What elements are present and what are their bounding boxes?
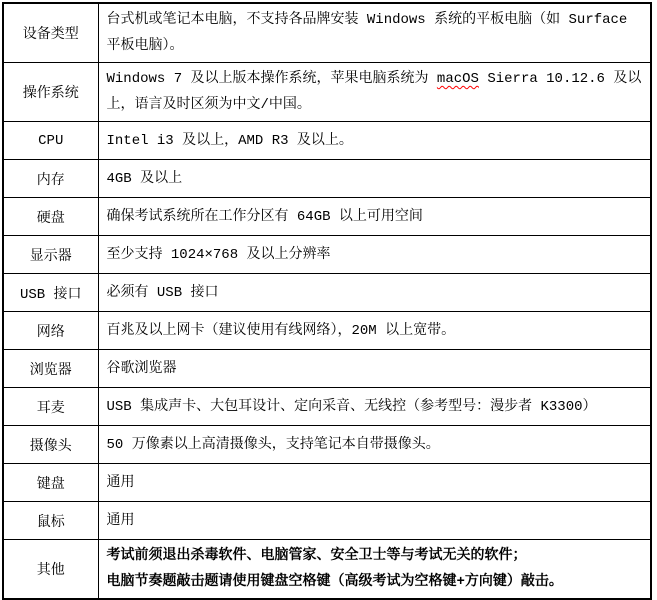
row-keyboard: 键盘 通用: [3, 464, 651, 502]
row-usb-port: USB 接口 必须有 USB 接口: [3, 274, 651, 312]
os-text-before: Windows 7 及以上版本操作系统，苹果电脑系统为: [107, 71, 437, 87]
row-label-browser: 浏览器: [3, 350, 98, 388]
row-camera: 摄像头 50 万像素以上高清摄像头，支持笔记本自带摄像头。: [3, 426, 651, 464]
row-content-headset: USB 集成声卡、大包耳设计、定向采音、无线控（参考型号：漫步者 K3300）: [98, 388, 651, 426]
requirements-table: 设备类型 台式机或笔记本电脑，不支持各品牌安装 Windows 系统的平板电脑（…: [2, 2, 652, 600]
row-device-type: 设备类型 台式机或笔记本电脑，不支持各品牌安装 Windows 系统的平板电脑（…: [3, 3, 651, 63]
row-label-os: 操作系统: [3, 63, 98, 122]
row-label-display: 显示器: [3, 236, 98, 274]
row-network: 网络 百兆及以上网卡（建议使用有线网络），20M 以上宽带。: [3, 312, 651, 350]
row-browser: 浏览器 谷歌浏览器: [3, 350, 651, 388]
row-content-mouse: 通用: [98, 502, 651, 540]
row-content-browser: 谷歌浏览器: [98, 350, 651, 388]
row-label-mouse: 鼠标: [3, 502, 98, 540]
other-line-1: 考试前须退出杀毒软件、电脑管家、安全卫士等与考试无关的软件；: [107, 543, 643, 569]
row-mouse: 鼠标 通用: [3, 502, 651, 540]
row-hard-disk: 硬盘 确保考试系统所在工作分区有 64GB 以上可用空间: [3, 198, 651, 236]
row-cpu: CPU Intel i3 及以上，AMD R3 及以上。: [3, 122, 651, 160]
row-label-hard-disk: 硬盘: [3, 198, 98, 236]
row-content-cpu: Intel i3 及以上，AMD R3 及以上。: [98, 122, 651, 160]
row-display: 显示器 至少支持 1024×768 及以上分辨率: [3, 236, 651, 274]
row-content-usb-port: 必须有 USB 接口: [98, 274, 651, 312]
row-label-camera: 摄像头: [3, 426, 98, 464]
row-other: 其他 考试前须退出杀毒软件、电脑管家、安全卫士等与考试无关的软件； 电脑节奏题敲…: [3, 540, 651, 600]
row-content-display: 至少支持 1024×768 及以上分辨率: [98, 236, 651, 274]
os-text-macos-spellcheck: macOS: [437, 71, 479, 87]
row-content-memory: 4GB 及以上: [98, 160, 651, 198]
row-label-device-type: 设备类型: [3, 3, 98, 63]
row-headset: 耳麦 USB 集成声卡、大包耳设计、定向采音、无线控（参考型号：漫步者 K330…: [3, 388, 651, 426]
row-content-other: 考试前须退出杀毒软件、电脑管家、安全卫士等与考试无关的软件； 电脑节奏题敲击题请…: [98, 540, 651, 600]
row-content-os: Windows 7 及以上版本操作系统，苹果电脑系统为 macOS Sierra…: [98, 63, 651, 122]
row-label-network: 网络: [3, 312, 98, 350]
row-label-keyboard: 键盘: [3, 464, 98, 502]
row-os: 操作系统 Windows 7 及以上版本操作系统，苹果电脑系统为 macOS S…: [3, 63, 651, 122]
row-label-memory: 内存: [3, 160, 98, 198]
row-label-usb-port: USB 接口: [3, 274, 98, 312]
row-content-keyboard: 通用: [98, 464, 651, 502]
row-label-other: 其他: [3, 540, 98, 600]
document-page: 设备类型 台式机或笔记本电脑，不支持各品牌安装 Windows 系统的平板电脑（…: [0, 0, 657, 600]
row-content-camera: 50 万像素以上高清摄像头，支持笔记本自带摄像头。: [98, 426, 651, 464]
row-memory: 内存 4GB 及以上: [3, 160, 651, 198]
row-content-hard-disk: 确保考试系统所在工作分区有 64GB 以上可用空间: [98, 198, 651, 236]
other-line-2: 电脑节奏题敲击题请使用键盘空格键（高级考试为空格键+方向键）敲击。: [107, 569, 643, 595]
row-content-network: 百兆及以上网卡（建议使用有线网络），20M 以上宽带。: [98, 312, 651, 350]
row-content-device-type: 台式机或笔记本电脑，不支持各品牌安装 Windows 系统的平板电脑（如 Sur…: [98, 3, 651, 63]
row-label-headset: 耳麦: [3, 388, 98, 426]
row-label-cpu: CPU: [3, 122, 98, 160]
